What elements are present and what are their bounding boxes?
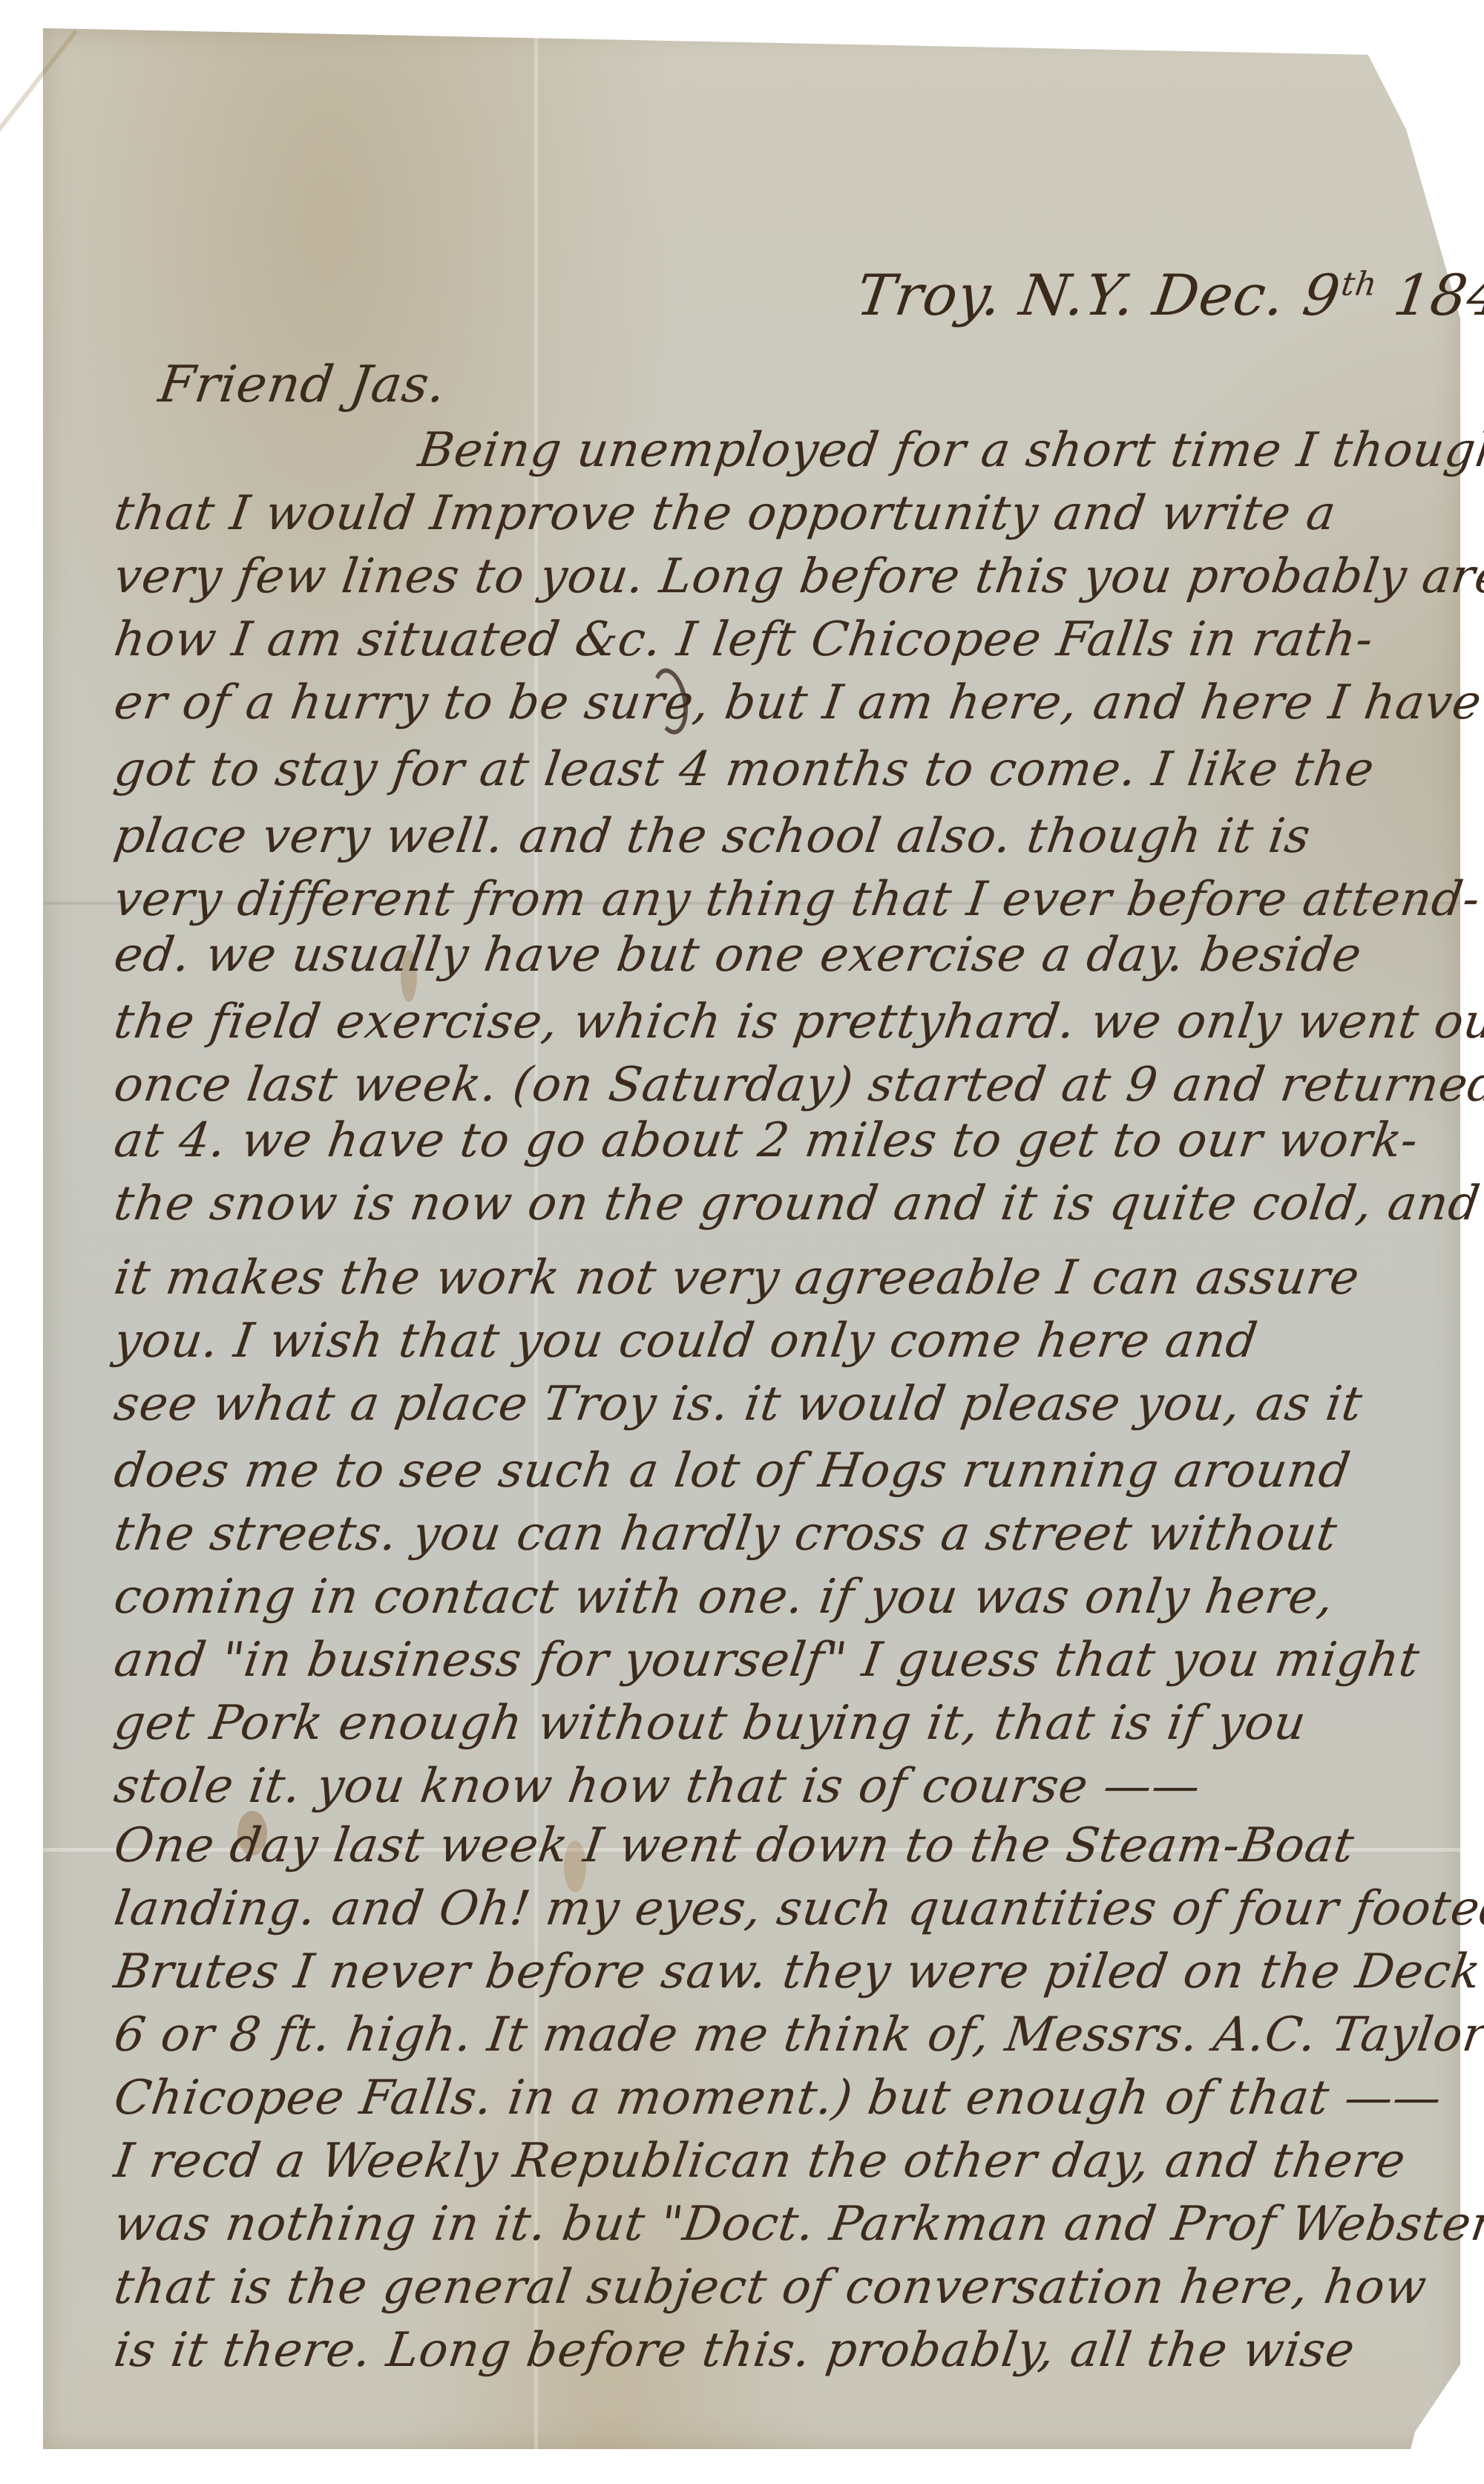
letter-line-24: landing. and Oh! my eyes, such quantitie… <box>111 1885 1484 1933</box>
letter-line-26: 6 or 8 ft. high. It made me think of, Me… <box>111 2011 1484 2059</box>
letter-line-11: once last week. (on Saturday) started at… <box>111 1061 1484 1109</box>
letter-line-14: it makes the work not very agreeable I c… <box>111 1254 1362 1302</box>
letter-line-6: got to stay for at least 4 months to com… <box>111 746 1377 793</box>
dateline-date: Dec. 9 <box>1149 262 1345 328</box>
dateline-place: Troy. N.Y. <box>853 262 1140 328</box>
letter-line-15: you. I wish that you could only come her… <box>111 1317 1261 1365</box>
letter-line-23: One day last week I went down to the Ste… <box>111 1822 1357 1869</box>
letter-line-7: place very well. and the school also. th… <box>111 813 1313 860</box>
letter-line-5: er of a hurry to be sure, but I am here,… <box>111 679 1484 727</box>
letter-line-18: the streets. you can hardly cross a stre… <box>111 1510 1340 1558</box>
dateline-day-suffix: th <box>1339 266 1379 304</box>
salutation: Friend Jas. <box>156 360 449 410</box>
letter-line-19: coming in contact with one. if you was o… <box>111 1573 1337 1621</box>
letter-line-12: at 4. we have to go about 2 miles to get… <box>111 1117 1421 1164</box>
letter-line-10: the field exercise, which is prettyhard.… <box>111 998 1484 1046</box>
letter-line-9: ed. we usually have but one exercise a d… <box>111 931 1365 979</box>
letter-line-2: that I would Improve the opportunity and… <box>111 490 1339 537</box>
letter-line-3: very few lines to you. Long before this … <box>111 553 1484 600</box>
letter-line-22: stole it. you know how that is of course… <box>111 1763 1204 1810</box>
letter-line-21: get Pork enough without buying it, that … <box>111 1700 1309 1747</box>
letter-line-31: is it there. Long before this. probably,… <box>111 2327 1358 2374</box>
letter-line-1: Being unemployed for a short time I thou… <box>416 427 1484 474</box>
letter-line-16: see what a place Troy is. it would pleas… <box>111 1380 1365 1428</box>
letter-line-20: and "in business for yourself" I guess t… <box>111 1636 1422 1684</box>
letter-line-8: very different from any thing that I eve… <box>111 876 1483 923</box>
dateline: Troy. N.Y. Dec. 9th 1849 <box>853 267 1484 324</box>
dateline-year: 1849 <box>1390 262 1484 328</box>
letter-line-29: was nothing in it. but "Doct. Parkman an… <box>111 2200 1484 2248</box>
letter-line-17: does me to see such a lot of Hogs runnin… <box>111 1447 1353 1495</box>
letter-line-28: I recd a Weekly Republican the other day… <box>111 2137 1408 2185</box>
letter-line-30: that is the general subject of conversat… <box>111 2264 1430 2311</box>
letter-line-13: the snow is now on the ground and it is … <box>111 1180 1483 1228</box>
letter-line-25: Brutes I never before saw. they were pil… <box>111 1948 1484 1996</box>
letter-line-27: Chicopee Falls. in a moment.) but enough… <box>111 2074 1445 2122</box>
letter-line-4: how I am situated &c. I left Chicopee Fa… <box>111 616 1376 663</box>
